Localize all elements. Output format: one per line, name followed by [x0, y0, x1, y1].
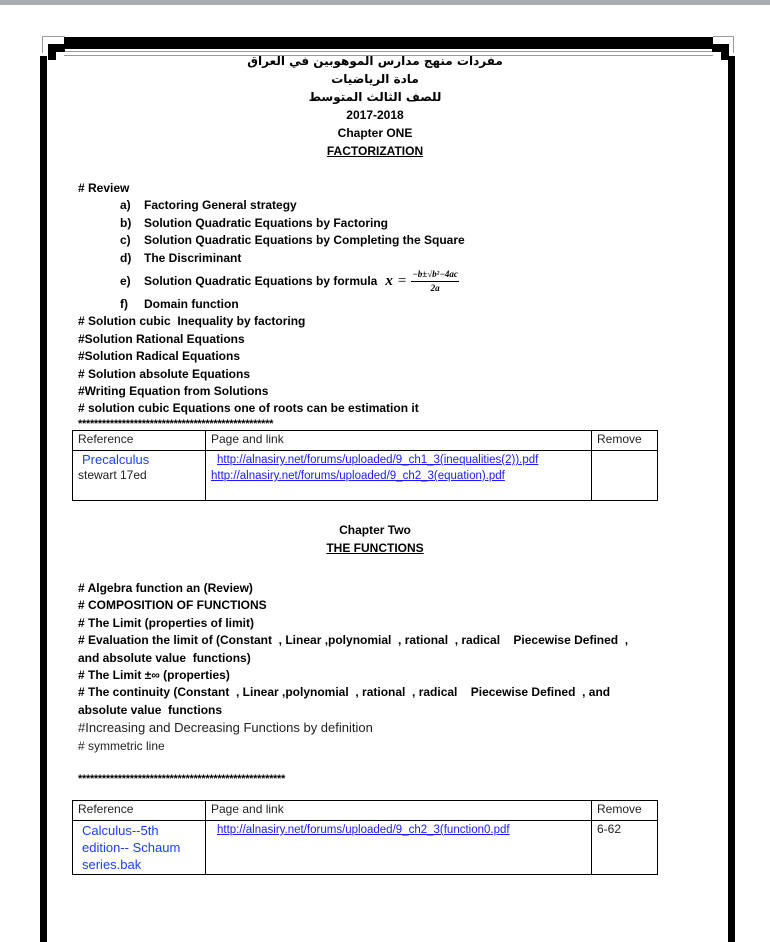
- topic-line: # The Limit ±∞ (properties): [78, 667, 678, 684]
- page-border-left: [40, 56, 47, 942]
- review-text: The Discriminant: [144, 250, 241, 267]
- review-marker: b): [120, 215, 144, 232]
- chapter2-title: Chapter Two: [78, 521, 672, 539]
- topic-line: #Increasing and Decreasing Functions by …: [78, 719, 678, 737]
- review-text: Solution Quadratic Equations by Completi…: [144, 232, 465, 249]
- review-item: f)Domain function: [120, 296, 718, 313]
- topic-line: #Solution Radical Equations: [78, 348, 718, 365]
- document-header: مفردات منهج مدارس الموهوبين في العراق ما…: [78, 52, 672, 160]
- header-arabic-line-1: مفردات منهج مدارس الموهوبين في العراق: [78, 52, 672, 70]
- review-text: Factoring General strategy: [144, 197, 297, 214]
- table-row: Precalculus stewart 17ed http://alnasiry…: [73, 451, 658, 501]
- formula-fraction: −b±√b²−4ac 2a: [411, 269, 458, 294]
- topic-line: # The continuity (Constant , Linear ,pol…: [78, 684, 678, 701]
- table-header-row: Reference Page and link Remove: [73, 431, 658, 451]
- separator-stars: ****************************************…: [78, 418, 718, 430]
- pdf-link[interactable]: http://alnasiry.net/forums/uploaded/9_ch…: [211, 468, 586, 484]
- reference-cell: Precalculus stewart 17ed: [73, 451, 206, 501]
- header-arabic-line-2: مادة الرياضيات: [78, 70, 672, 88]
- header-reference: Reference: [73, 801, 206, 821]
- remove-cell: [592, 451, 658, 501]
- reference-link[interactable]: Precalculus: [78, 452, 200, 467]
- chapter2-section: Chapter Two THE FUNCTIONS # Algebra func…: [78, 521, 678, 785]
- review-heading: # Review: [78, 180, 718, 197]
- chapter2-subtitle: THE FUNCTIONS: [78, 539, 672, 557]
- links-cell: http://alnasiry.net/forums/uploaded/9_ch…: [206, 821, 592, 875]
- header-reference: Reference: [73, 431, 206, 451]
- page-border-right: [728, 56, 735, 942]
- review-text: Domain function: [144, 296, 239, 313]
- page-border-top: [64, 37, 713, 49]
- reference-edition: stewart 17ed: [78, 467, 200, 484]
- topic-line: # symmetric line: [78, 737, 678, 755]
- review-text: Solution Quadratic Equations by formula: [144, 273, 377, 290]
- review-marker: a): [120, 197, 144, 214]
- review-list: a)Factoring General strategy b)Solution …: [78, 197, 718, 313]
- chapter2-reference-table: Reference Page and link Remove Calculus-…: [72, 800, 658, 875]
- formula-equals: =: [398, 273, 406, 290]
- topic-line: # solution cubic Equations one of roots …: [78, 400, 718, 417]
- formula-lhs: x: [385, 273, 393, 290]
- topic-line: # Algebra function an (Review): [78, 580, 678, 597]
- pdf-link[interactable]: http://alnasiry.net/forums/uploaded/9_ch…: [211, 822, 586, 838]
- chapter2-header: Chapter Two THE FUNCTIONS: [78, 521, 672, 557]
- review-item: e)Solution Quadratic Equations by formul…: [120, 267, 718, 296]
- separator-stars: ****************************************…: [78, 773, 678, 785]
- review-item: d)The Discriminant: [120, 250, 718, 267]
- header-year: 2017-2018: [78, 106, 672, 124]
- topic-line: # COMPOSITION OF FUNCTIONS: [78, 597, 678, 614]
- reference-link[interactable]: Calculus--5th edition-- Schaum series.ba…: [78, 822, 200, 873]
- topic-line: #Solution Rational Equations: [78, 331, 718, 348]
- formula-numerator: −b±√b²−4ac: [411, 269, 458, 282]
- chapter1-subtitle: FACTORIZATION: [78, 142, 672, 160]
- topic-line: # Solution absolute Equations: [78, 366, 718, 383]
- document-body: مفردات منهج مدارس الموهوبين في العراق ما…: [78, 52, 718, 430]
- formula-denominator: 2a: [431, 282, 440, 294]
- review-item: a)Factoring General strategy: [120, 197, 718, 214]
- topic-line: absolute value functions: [78, 702, 678, 719]
- topic-line: and absolute value functions): [78, 650, 678, 667]
- header-arabic-line-3: للصف الثالث المتوسط: [78, 88, 672, 106]
- window-top-band: [0, 0, 770, 5]
- pdf-link[interactable]: http://alnasiry.net/forums/uploaded/9_ch…: [211, 452, 586, 468]
- table-row: Calculus--5th edition-- Schaum series.ba…: [73, 821, 658, 875]
- links-cell: http://alnasiry.net/forums/uploaded/9_ch…: [206, 451, 592, 501]
- review-marker: f): [120, 296, 144, 313]
- review-marker: e): [120, 273, 144, 290]
- remove-cell: 6-62: [592, 821, 658, 875]
- page-border-left-corner-step: [48, 44, 56, 60]
- header-page-link: Page and link: [206, 431, 592, 451]
- review-marker: c): [120, 232, 144, 249]
- topic-line: # The Limit (properties of limit): [78, 615, 678, 632]
- review-item: c)Solution Quadratic Equations by Comple…: [120, 232, 718, 249]
- header-page-link: Page and link: [206, 801, 592, 821]
- review-item: b)Solution Quadratic Equations by Factor…: [120, 215, 718, 232]
- chapter1-reference-table: Reference Page and link Remove Precalcul…: [72, 430, 658, 501]
- review-marker: d): [120, 250, 144, 267]
- header-remove: Remove: [592, 801, 658, 821]
- topic-line: # Solution cubic Inequality by factoring: [78, 313, 718, 330]
- chapter1-title: Chapter ONE: [78, 124, 672, 142]
- topic-line: # Evaluation the limit of (Constant , Li…: [78, 632, 678, 649]
- review-text: Solution Quadratic Equations by Factorin…: [144, 215, 388, 232]
- table-header-row: Reference Page and link Remove: [73, 801, 658, 821]
- quadratic-formula: x = −b±√b²−4ac 2a: [385, 269, 458, 294]
- topic-line: #Writing Equation from Solutions: [78, 383, 718, 400]
- reference-cell: Calculus--5th edition-- Schaum series.ba…: [73, 821, 206, 875]
- header-remove: Remove: [592, 431, 658, 451]
